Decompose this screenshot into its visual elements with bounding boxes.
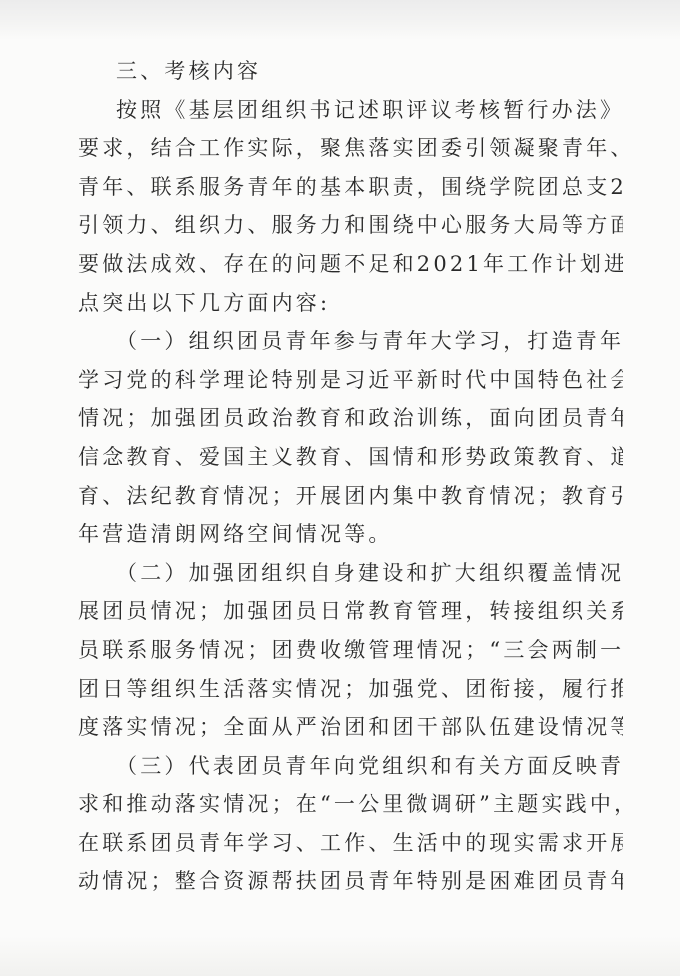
paragraph-item-1: （一）组织团员青年参与青年大学习，打造青年学习社， 学习党的科学理论特别是习近平… (78, 322, 623, 554)
text-line: 要做法成效、存在的问题不足和2021年工作计划进行述职，重 (78, 245, 623, 284)
text-line: 团日等组织生活落实情况；加强党、团衔接，履行推优入党制 (78, 670, 623, 709)
text-line: 在联系团员青年学习、工作、生活中的现实需求开展服务和活 (78, 824, 623, 863)
text-line: 度落实情况；全面从严治团和团干部队伍建设情况等。 (78, 708, 623, 747)
text-line: （一）组织团员青年参与青年大学习，打造青年学习社， (78, 322, 623, 361)
text-line: （二）加强团组织自身建设和扩大组织覆盖情况；规范发 (78, 554, 623, 593)
text-line: 点突出以下几方面内容: (78, 284, 623, 323)
text-line: 育、法纪教育情况；开展团内集中教育情况；教育引导团员青 (78, 477, 623, 516)
paragraph-intro: 按照《基层团组织书记述职评议考核暂行办法》(见附件1) 要求，结合工作实际，聚焦… (78, 91, 623, 323)
paragraph-item-2: （二）加强团组织自身建设和扩大组织覆盖情况；规范发 展团员情况；加强团员日常教育… (78, 554, 623, 747)
text-line: 信念教育、爱国主义教育、国情和形势政策教育、道德品行教 (78, 438, 623, 477)
document-page: 三、考核内容 按照《基层团组织书记述职评议考核暂行办法》(见附件1) 要求，结合… (78, 52, 623, 901)
text-line: 要求，结合工作实际，聚焦落实团委引领凝聚青年、组织动员 (78, 129, 623, 168)
text-line: 求和推动落实情况；在“一公里微调研”主题实践中，团干部 (78, 785, 623, 824)
text-line: （三）代表团员青年向党组织和有关方面反映青年利益诉 (78, 747, 623, 786)
text-line: 情况；加强团员政治教育和政治训练，面向团员青年开展理想 (78, 399, 623, 438)
paragraph-item-3: （三）代表团员青年向党组织和有关方面反映青年利益诉 求和推动落实情况；在“一公里… (78, 747, 623, 901)
text-line: 年营造清朗网络空间情况等。 (78, 515, 623, 554)
text-line: 按照《基层团组织书记述职评议考核暂行办法》(见附件1) (78, 91, 623, 130)
scan-bottom-shadow (0, 936, 680, 976)
text-line: 员联系服务情况；团费收缴管理情况；“三会两制一课”、主题 (78, 631, 623, 670)
section-heading: 三、考核内容 (78, 52, 623, 91)
text-line: 动情况；整合资源帮扶团员青年特别是困难团员青年情况；团 (78, 862, 623, 901)
text-line: 青年、联系服务青年的基本职责，围绕学院团总支2020年度在 (78, 168, 623, 207)
text-line: 学习党的科学理论特别是习近平新时代中国特色社会主义思想 (78, 361, 623, 400)
text-line: 引领力、组织力、服务力和围绕中心服务大局等方面工作的主 (78, 206, 623, 245)
text-line: 展团员情况；加强团员日常教育管理，转接组织关系和流动团 (78, 592, 623, 631)
scan-top-shadow (0, 0, 680, 40)
